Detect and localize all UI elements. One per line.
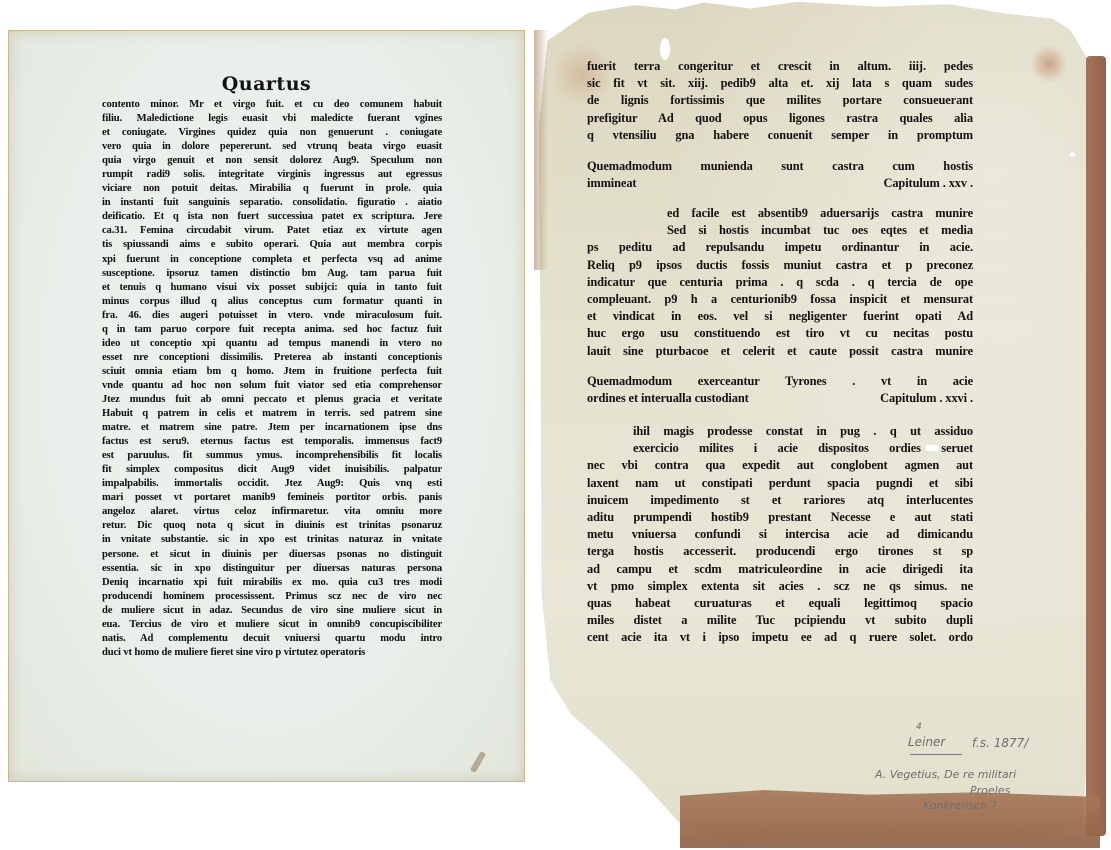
text-line: aditu prumpendi hostib9 prestant Necesse… (587, 509, 973, 526)
chapter-title-line: Quemadmodum exerceantur Tyrones . vt in … (587, 372, 973, 391)
text-line: ps peditu ad repulsandu impetu ordinantu… (587, 239, 973, 256)
text-line: angeloz alaret. virtus celoz infirmaretu… (102, 505, 442, 519)
chapter-heading-26: Quemadmodum exerceantur Tyrones . vt in … (587, 372, 973, 406)
text-line: viciare non potuit deitas. Mirabilia q f… (102, 182, 442, 196)
text-line: Reliq p9 ipsos ductis fossis muniut cast… (587, 257, 973, 274)
text-line: et tenuis q humano visui vix posset subi… (102, 281, 442, 295)
right-text-block-2: ed facile est absentib9 aduersarijs cast… (587, 205, 973, 360)
text-line: essentia. sic in xpo distinguitur per di… (102, 562, 442, 576)
chapter-title-line: ordines et interualla custodiant (587, 391, 749, 406)
text-line: metu vniuersa confundi si intercisa acie… (587, 526, 973, 543)
text-line: miles distet a milite Tuc pcipiendu vt s… (587, 612, 973, 629)
text-line: est paruulus. fit summus ymus. incompreh… (102, 449, 442, 463)
pencil-superscript: 4 (916, 722, 922, 732)
text-line: fuerit terra congeritur et crescit in al… (587, 58, 973, 75)
right-text-block-3: ihil magis prodesse constat in pug . q u… (587, 423, 973, 647)
wormhole (660, 38, 670, 60)
bottom-stain (680, 790, 1100, 848)
right-text-block-1: fuerit terra congeritur et crescit in al… (587, 58, 973, 144)
text-line: compleuant. p9 h a centurionib9 fossa in… (587, 291, 973, 308)
text-line: tis spiussandi aims e subito operari. Qu… (102, 238, 442, 252)
text-line: q vtensiliu gna habere conuenit semper i… (587, 127, 973, 144)
text-line: ed facile est absentib9 aduersarijs cast… (587, 205, 973, 222)
text-line: vt pmo simplex extenta sit acies . scz n… (587, 578, 973, 595)
text-line: quas habeat curuaturas et equali legitti… (587, 595, 973, 612)
text-line: deificatio. Et q ista non fuert successi… (102, 210, 442, 224)
text-line: exercicio milites i acie dispositos ordi… (587, 440, 973, 457)
text-line: filiu. Maledictione legis euasit vbi mal… (102, 112, 442, 126)
text-line: Deniq incarnatio xpi fuit mirabilis ex m… (102, 576, 442, 590)
chapter-title-line: Quemadmodum munienda sunt castra cum hos… (587, 157, 973, 176)
ink-smudge (470, 751, 486, 773)
edge-stain (1086, 56, 1106, 836)
right-page-leaf: fuerit terra congeritur et crescit in al… (530, 0, 1111, 850)
text-line: nec vbi contra qua expedit aut congloben… (587, 457, 973, 474)
text-line: sic fit vt sit. xiij. pedib9 alta et. xi… (587, 75, 973, 92)
text-line: vnde quantu ad hoc non solum fuit viator… (102, 379, 442, 393)
text-line: matre. et matrem sine patre. Jtem per in… (102, 421, 442, 435)
text-line: de lignis fortissimis que milites portar… (587, 92, 973, 109)
text-line: duci vt homo de muliere fieret sine viro… (102, 646, 442, 660)
text-line: retur. Dic quoq nota q sicut in diuinis … (102, 519, 442, 533)
pencil-name: Leiner (908, 735, 945, 749)
water-stain (534, 30, 548, 270)
text-line: persone. et sicut in diuinis per diuersa… (102, 548, 442, 562)
text-line: prefigitur Ad quod opus ligones rastra q… (587, 110, 973, 127)
text-line: ihil magis prodesse constat in pug . q u… (587, 423, 973, 440)
wormhole (1070, 152, 1075, 157)
text-line: laxent nam ut constipati perdunt spacia … (587, 475, 973, 492)
page-heading: Quartus (9, 73, 524, 95)
text-line: q in tam paruo corpore fuit recepta anim… (102, 323, 442, 337)
text-line: cent acie ita vt i ipso impetu ee ad q r… (587, 629, 973, 646)
capitulum-label: Capitulum . xxvi . (880, 391, 973, 406)
text-line: in vnitate substantie. sic in xpo est tr… (102, 533, 442, 547)
text-line: terga hostis accesserit. producendi ergo… (587, 543, 973, 560)
text-line: ad campu et scdm matriculeordine in acie… (587, 561, 973, 578)
foxing-stain (1030, 45, 1068, 83)
text-line: factus est seru9. eternus factus est tem… (102, 435, 442, 449)
left-page-leaf: Quartus contento minor. Mr et virgo fuit… (8, 30, 525, 782)
text-line: ideo ut conceptio xpi quantu ad tempus m… (102, 337, 442, 351)
text-line: quia virgo genuit et non sensit dolorez … (102, 154, 442, 168)
text-line: sciuit omnia etiam bm q homo. Jtem in fr… (102, 365, 442, 379)
pencil-note-line: A. Vegetius, De re militari (875, 768, 1016, 781)
text-line: natis. Ad complementu decuit vniuersi qu… (102, 632, 442, 646)
chapter-heading-25: Quemadmodum munienda sunt castra cum hos… (587, 157, 973, 191)
text-line: et coniugate. Virgines quidez quia non g… (102, 126, 442, 140)
text-line: Habuit q patrem in celis et matrem in te… (102, 407, 442, 421)
text-line: indicatur que centuria prima . q scda . … (587, 274, 973, 291)
text-line: et vindicat in eos. vel si negligenter f… (587, 308, 973, 325)
text-line: fra. 46. dies augeri potuisset in vtero.… (102, 309, 442, 323)
text-line: Sed si hostis incumbat tuc oes eqtes et … (587, 222, 973, 239)
pencil-note-line: Konkretisch ? (923, 799, 997, 812)
text-line: eua. Tercius de viro et muliere sicut in… (102, 618, 442, 632)
pencil-note-line: Proeles (970, 784, 1010, 797)
text-line: vero quia in dolore pepererunt. sed vtru… (102, 140, 442, 154)
text-line: Jtez mundus fuit ab omni peccato et plen… (102, 393, 442, 407)
text-line: in instanti fuit sanguinis separatio. co… (102, 196, 442, 210)
text-line: inuicem impedimento st et rariores atq i… (587, 492, 973, 509)
chapter-title-line: immineat (587, 176, 636, 191)
text-line: minus corpus illud q alius conceptus cum… (102, 295, 442, 309)
text-line: lauit sine pturbacoe et celerit et caute… (587, 343, 973, 360)
text-line: fit simplex compositus dicit Aug9 videt … (102, 463, 442, 477)
pencil-date: f.s. 1877/ (972, 736, 1028, 750)
text-line: impalpabilis. immortalis occidit. Jtez A… (102, 477, 442, 491)
text-line: de muliere sicut in adaz. Secundus de vi… (102, 604, 442, 618)
text-line: huc ergo usu constituendo est tiro vt cu… (587, 325, 973, 342)
text-line: mari posset vt portaret manib9 femineis … (102, 491, 442, 505)
text-line: esset nre conceptioni dissimilis. Preter… (102, 351, 442, 365)
text-line: contento minor. Mr et virgo fuit. et cu … (102, 98, 442, 112)
text-line: susceptione. ipsoruz tamen distinctio bm… (102, 267, 442, 281)
pencil-underline (910, 754, 962, 755)
text-line: rumpit radi9 solis. integritate virginis… (102, 168, 442, 182)
text-line: producendi hominem processissent. Primus… (102, 590, 442, 604)
text-line: ca.31. Femina circudabit virum. Patet et… (102, 224, 442, 238)
left-page-text-block: contento minor. Mr et virgo fuit. et cu … (102, 98, 442, 660)
capitulum-label: Capitulum . xxv . (883, 176, 973, 191)
text-line: xpi fuerunt in conceptione completa et p… (102, 253, 442, 267)
